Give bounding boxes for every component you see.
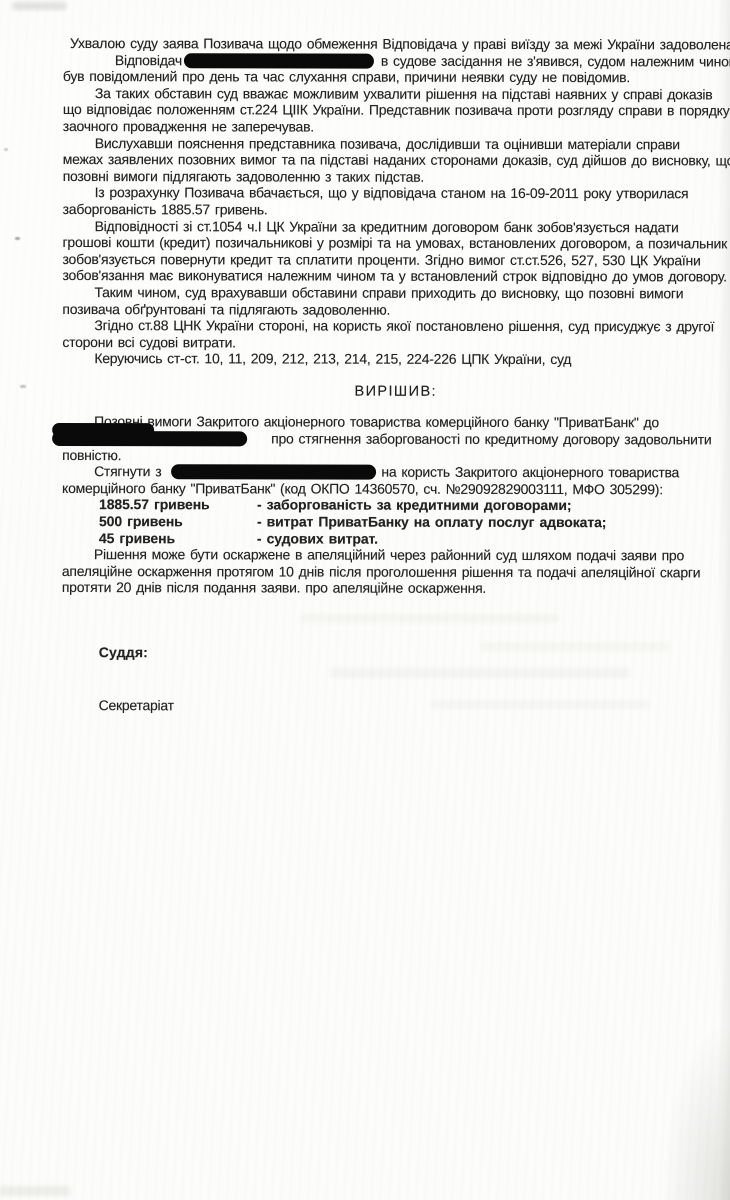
paragraph-civil-code-grounds: Відповідності зі ст.1054 ч.І ЦК України … <box>62 218 730 286</box>
paragraph-default-proceeding: За таких обставин суд вважає можливим ух… <box>63 85 730 136</box>
award-list: 1885.57 гривень - заборгованість за кред… <box>62 496 730 547</box>
paragraph-court-costs: Згідно ст.88 ЦНК України стороні, на кор… <box>62 317 730 352</box>
award-amount: 500 гривень <box>99 513 257 530</box>
paragraph-debt-calculation: Із розрахунку Позивача вбачається, що у … <box>63 184 730 219</box>
paragraph-guided-by-articles: Керуючись ст-ст. 10, 11, 209, 212, 213, … <box>62 350 730 368</box>
collect-from-rest: на користь Закритого акціонерного товари… <box>381 464 679 481</box>
scanned-court-document: Ухвалою суду заява Позивача щодо обмежен… <box>0 0 730 1200</box>
collect-from-line: Стягнути зна користь Закритого акціонерн… <box>62 463 730 481</box>
award-description: - заборгованість за кредитними договорам… <box>257 497 571 514</box>
paragraph-appeal-procedure: Рішення може бути оскаржене в апеляційни… <box>62 546 730 597</box>
award-row-lawyer-fee: 500 гривень - витрат ПриватБанку на опла… <box>62 513 730 531</box>
scan-speck <box>20 385 26 388</box>
bank-details-line: комерційного банку "ПриватБанк" (код ОКП… <box>62 480 730 498</box>
collect-from-words: Стягнути з <box>94 463 161 479</box>
paragraph-court-conclusion: Таким чином, суд врахувавши обставини сп… <box>62 284 730 319</box>
redaction-bar-defendant-name <box>184 53 374 68</box>
resolution-fully-line: повністю. <box>62 447 730 465</box>
scan-corner-smudge <box>0 1186 70 1196</box>
award-description: - витрат ПриватБанку на оплату послуг ад… <box>257 513 606 530</box>
award-row-debt: 1885.57 гривень - заборгованість за кред… <box>62 496 730 514</box>
scan-corner-shadow <box>660 1020 730 1200</box>
award-amount: 45 гривень <box>99 530 257 547</box>
award-description: - судових витрат. <box>257 530 378 547</box>
defendant-line-rest: в судове засідання не з'явився, судом на… <box>381 52 730 69</box>
resolution-redacted-line: про стягнення заборгованості по кредитно… <box>62 430 730 448</box>
paragraph-hearing-conclusion: Вислухавши пояснення представника позива… <box>63 135 730 186</box>
scan-smudge-top-left <box>12 2 67 10</box>
document-text: Ухвалою суду заява Позивача щодо обмежен… <box>62 35 730 715</box>
redaction-bar-payer-name <box>171 464 376 479</box>
decision-heading: ВИРІШИВ: <box>62 383 729 401</box>
scan-speck <box>4 148 8 151</box>
judge-signature-label: Суддя: <box>62 644 730 662</box>
secretariat-label: Секретаріат <box>62 697 730 715</box>
paragraph-ruling-intro: Ухвалою суду заява Позивача щодо обмежен… <box>63 35 730 53</box>
redaction-bar-debtor-name <box>52 431 247 446</box>
award-amount: 1885.57 гривень <box>99 497 257 514</box>
paragraph-defendant-line: Відповідачв судове засідання не з'явився… <box>63 52 730 70</box>
scan-speck <box>15 237 20 240</box>
award-row-court-costs: 45 гривень - судових витрат. <box>62 530 730 548</box>
resolution-line-rest: про стягнення заборгованості по кредитно… <box>271 430 711 447</box>
paragraph-defendant-notice: був повідомлений про день та час слуханн… <box>63 68 730 86</box>
defendant-word: Відповідач <box>115 52 182 68</box>
resolution-claims-line: Позовні вимоги Закритого акціонерного то… <box>62 413 730 431</box>
